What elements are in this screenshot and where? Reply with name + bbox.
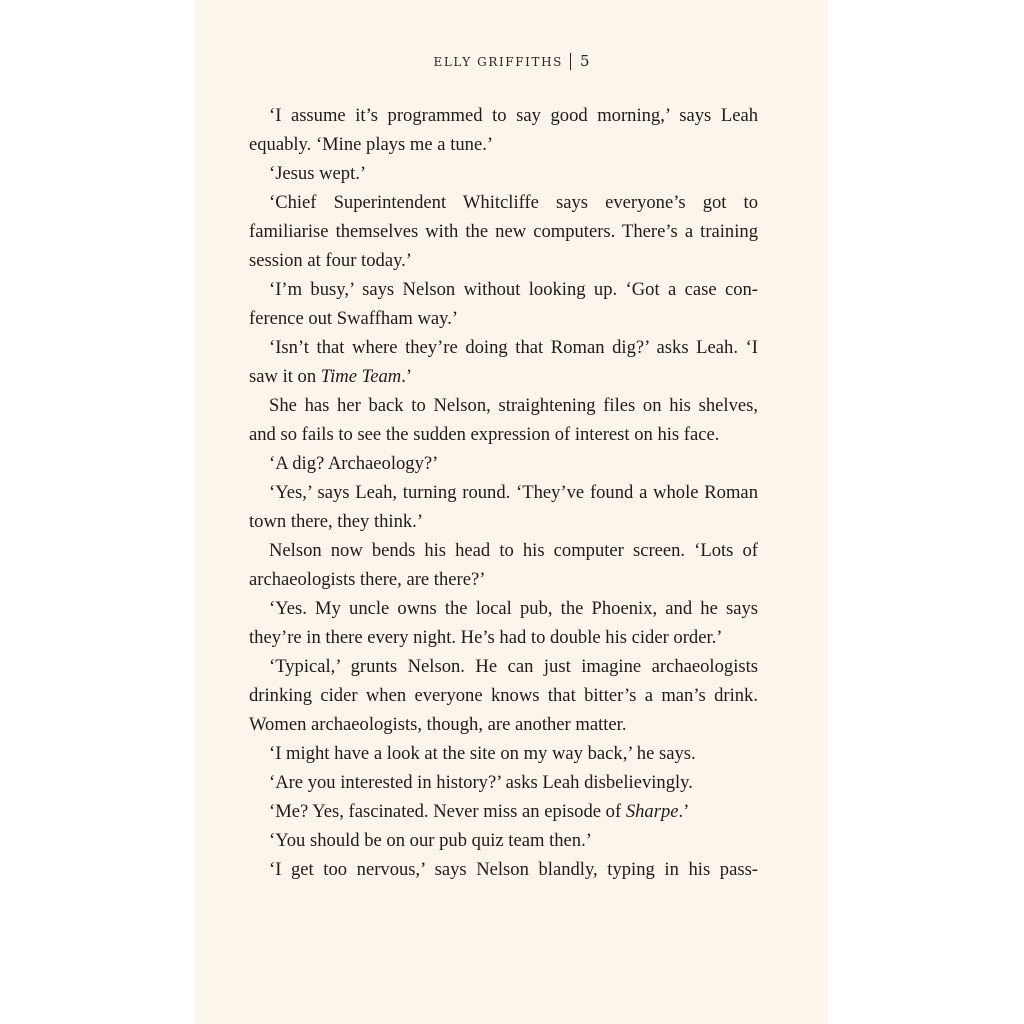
body-text: ‘I assume it’s programmed to say good mo… (249, 101, 758, 884)
book-page: ELLY GRIFFITHS5 ‘I assume it’s programme… (195, 0, 828, 1024)
page-number: 5 (580, 52, 590, 70)
text-run: ‘Are you interested in history?’ asks Le… (269, 772, 693, 793)
paragraph: Nelson now bends his head to his compute… (249, 536, 758, 594)
text-run: .’ (679, 801, 690, 822)
text-run: She has her back to Nelson, straightenin… (249, 395, 758, 445)
paragraph: ‘Isn’t that where they’re doing that Rom… (249, 333, 758, 391)
paragraph: ‘You should be on our pub quiz team then… (249, 826, 758, 855)
running-head: ELLY GRIFFITHS5 (195, 52, 828, 70)
paragraph: ‘I’m busy,’ says Nelson without looking … (249, 275, 758, 333)
paragraph: ‘Chief Superintendent Whitcliffe says ev… (249, 188, 758, 275)
paragraph: ‘I assume it’s programmed to say good mo… (249, 101, 758, 159)
paragraph: ‘Jesus wept.’ (249, 159, 758, 188)
text-run: ‘Typical,’ grunts Nelson. He can just im… (249, 656, 758, 735)
paragraph: She has her back to Nelson, straightenin… (249, 391, 758, 449)
paragraph: ‘I get too nervous,’ says Nelson blandly… (249, 855, 758, 884)
text-run: ‘Jesus wept.’ (269, 163, 366, 184)
paragraph: ‘A dig? Archaeology?’ (249, 449, 758, 478)
paragraph: ‘Are you interested in history?’ asks Le… (249, 768, 758, 797)
author-name: ELLY GRIFFITHS (433, 55, 563, 69)
paragraph: ‘I might have a look at the site on my w… (249, 739, 758, 768)
italic-title: Time Team (321, 366, 401, 387)
paragraph: ‘Yes. My uncle owns the local pub, the P… (249, 594, 758, 652)
header-separator (570, 53, 571, 70)
text-run: ‘I get too nervous,’ says Nelson blandly… (269, 859, 758, 880)
text-run: ‘Yes. My uncle owns the local pub, the P… (249, 598, 758, 648)
paragraph: ‘Yes,’ says Leah, turning round. ‘They’v… (249, 478, 758, 536)
italic-title: Sharpe (626, 801, 679, 822)
text-run: .’ (401, 366, 412, 387)
text-run: ‘You should be on our pub quiz team then… (269, 830, 592, 851)
text-run: ‘Me? Yes, fascinated. Never miss an epis… (269, 801, 626, 822)
text-run: Nelson now bends his head to his compute… (249, 540, 758, 590)
paragraph: ‘Typical,’ grunts Nelson. He can just im… (249, 652, 758, 739)
text-run: ‘Yes,’ says Leah, turning round. ‘They’v… (249, 482, 758, 532)
text-run: ‘I might have a look at the site on my w… (269, 743, 696, 764)
paragraph: ‘Me? Yes, fascinated. Never miss an epis… (249, 797, 758, 826)
text-run: ‘I’m busy,’ says Nelson without looking … (249, 279, 758, 329)
text-run: ‘I assume it’s programmed to say good mo… (249, 105, 758, 155)
text-run: ‘Chief Superintendent Whitcliffe says ev… (249, 192, 758, 271)
text-run: ‘A dig? Archaeology?’ (269, 453, 438, 474)
